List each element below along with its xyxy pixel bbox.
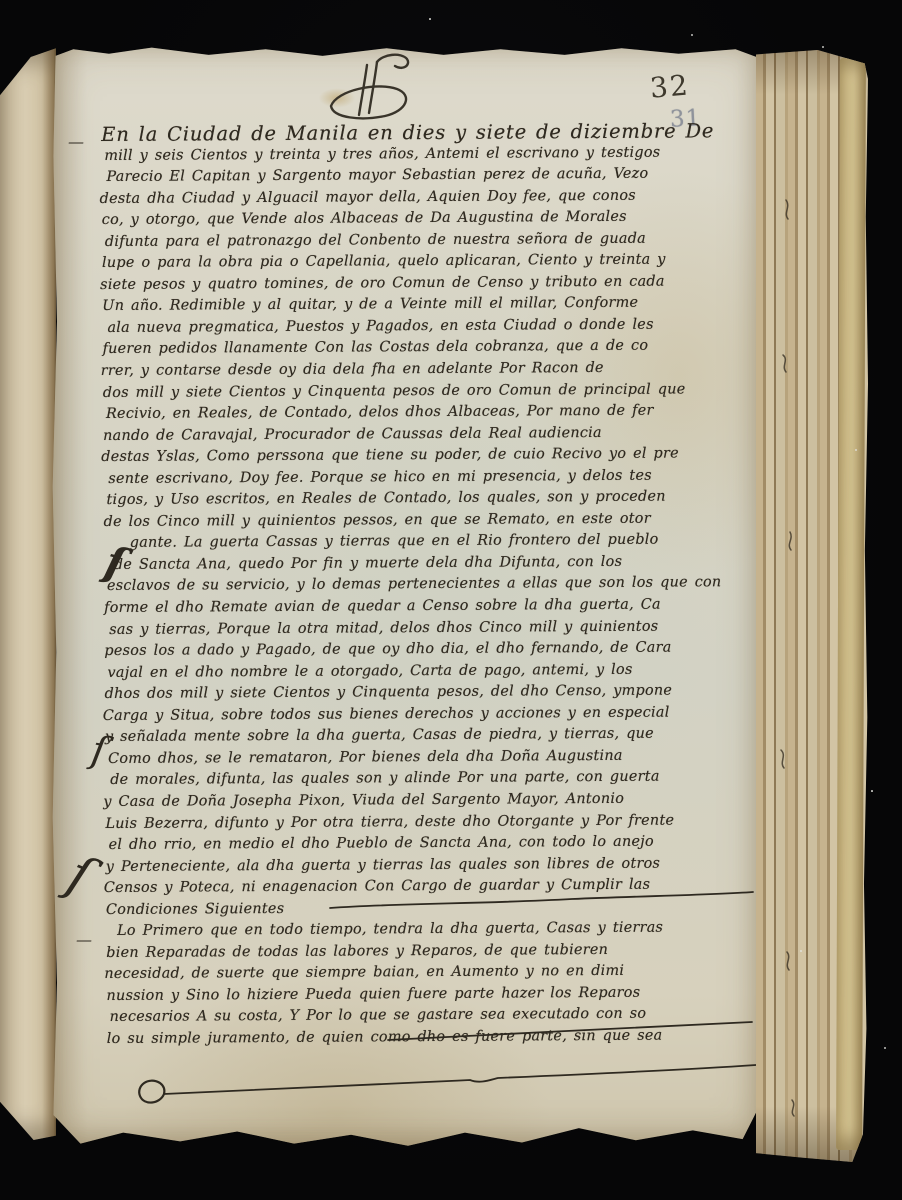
- manuscript-line: tigos, y Uso escritos, en Reales de Cont…: [106, 486, 762, 512]
- manuscript-line: esclavos de su servicio, y lo demas pert…: [107, 572, 763, 598]
- vellum-edge-strip: [836, 58, 866, 1150]
- manuscript-line: lo su simple juramento, de quien como dh…: [107, 1025, 763, 1051]
- previous-page-edge: [0, 46, 56, 1140]
- dust-speck: [855, 449, 857, 451]
- margin-dash: —: [76, 930, 92, 949]
- manuscript-line: y Casa de Doña Josepha Pixon, Viuda del …: [103, 788, 759, 814]
- manuscript-text: En la Ciudad de Manila en dies y siete d…: [101, 120, 763, 1051]
- dust-speck: [691, 34, 693, 36]
- manuscript-line: Carga y Situa, sobre todos sus bienes de…: [103, 702, 759, 728]
- dust-speck: [429, 18, 431, 20]
- manuscript-line: Censos y Poteca, ni enagenacion Con Carg…: [104, 874, 760, 900]
- page-edge-stack: [756, 50, 868, 1162]
- folio-number-ink: 32: [649, 68, 691, 104]
- manuscript-line: Lo Primero que en todo tiempo, tendra la…: [117, 917, 767, 943]
- manuscript-line: gante. La guerta Cassas y tierras que en…: [130, 529, 758, 554]
- manuscript-page: 32 31 — — ſ ſ ſ En la Ciudad de Manila e…: [52, 46, 764, 1148]
- margin-dash: —: [68, 132, 84, 151]
- manuscript-line: vajal en el dho nombre le a otorgado, Ca…: [107, 659, 763, 685]
- manuscript-line: difunta para el patronazgo del Conbento …: [105, 228, 761, 254]
- notarial-rubric-icon: [315, 52, 435, 128]
- dust-speck: [800, 950, 802, 952]
- manuscript-line: necesidad, de suerte que siempre baian, …: [104, 960, 760, 986]
- margin-flourish: ſ: [59, 845, 99, 908]
- manuscript-line: ala nueva pregmatica, Puestos y Pagados,…: [107, 314, 763, 340]
- dust-speck: [822, 46, 824, 48]
- manuscript-line: Recivio, en Reales, de Contado, delos dh…: [106, 400, 762, 426]
- dust-speck: [884, 1047, 886, 1049]
- manuscript-line: desta dha Ciudad y Alguacil mayor della,…: [100, 185, 756, 211]
- manuscript-line: necesarios A su costa, Y Por lo que se g…: [110, 1003, 766, 1029]
- dust-speck: [871, 790, 873, 792]
- manuscript-line: el dho rrio, en medio el dho Pueblo de S…: [109, 831, 765, 857]
- manuscript-line: siete pesos y quatro tomines, de oro Com…: [100, 271, 756, 297]
- manuscript-line: rrer, y contarse desde oy dia dela fha e…: [101, 357, 757, 383]
- photo-backdrop: 32 31 — — ſ ſ ſ En la Ciudad de Manila e…: [0, 0, 902, 1200]
- manuscript-line: sas y tierras, Porque la otra mitad, del…: [109, 616, 765, 642]
